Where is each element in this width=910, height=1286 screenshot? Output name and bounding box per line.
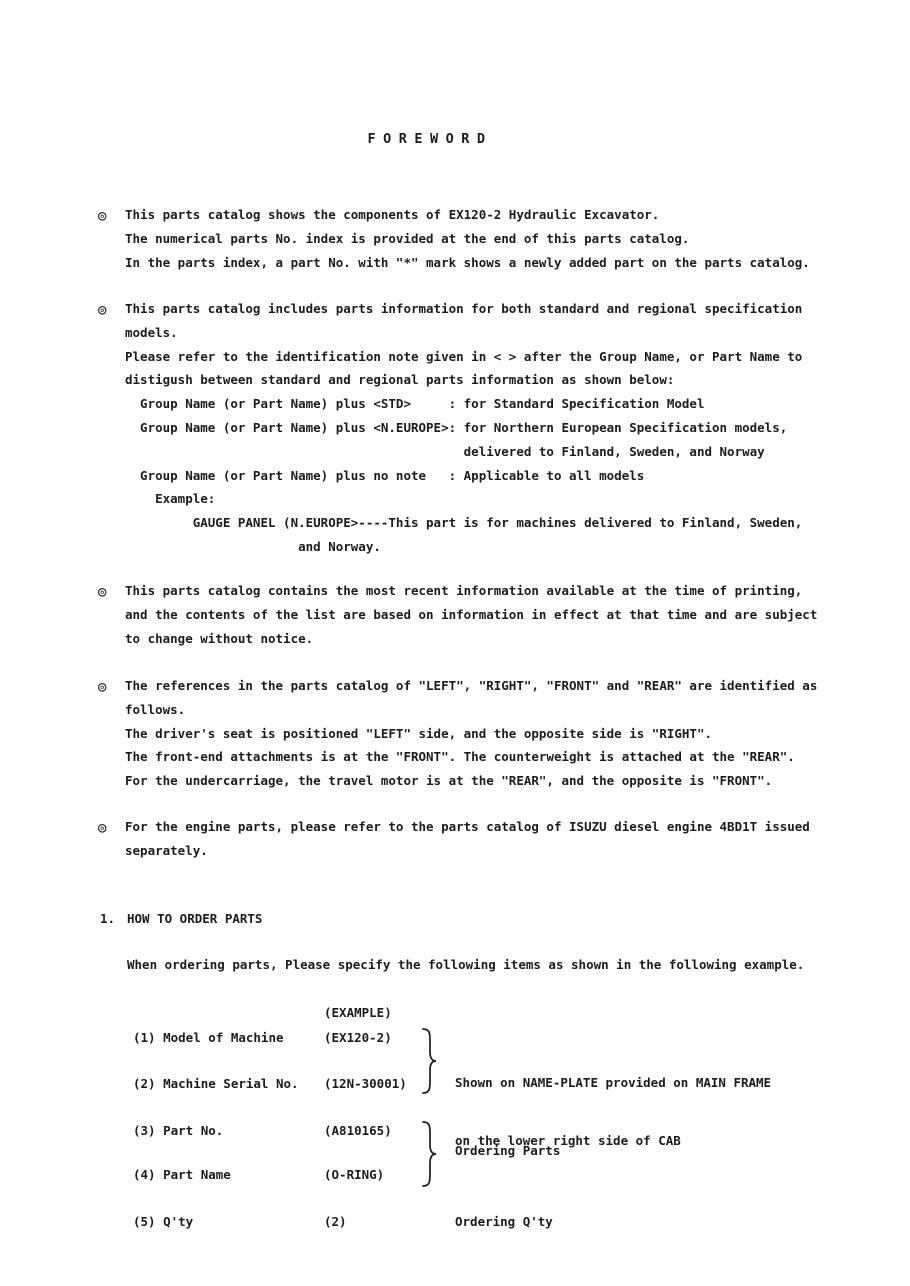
text-line: The driver's seat is positioned "LEFT" s… [125, 722, 817, 746]
example-row-label: (2) Machine Serial No. [133, 1076, 299, 1092]
example-row-value: (A810165) [324, 1123, 392, 1139]
text-line: to change without notice. [125, 627, 817, 651]
bullseye-bullet-icon: ◎ [98, 581, 106, 605]
bullet-text: This parts catalog contains the most rec… [125, 579, 817, 650]
example-row-label: (3) Part No. [133, 1123, 223, 1139]
bullseye-bullet-icon: ◎ [98, 817, 106, 841]
section-number: 1. [100, 911, 115, 927]
bullseye-bullet-icon: ◎ [98, 676, 106, 700]
bullet-text: The references in the parts catalog of "… [125, 674, 817, 793]
text-line: Please refer to the identification note … [125, 345, 802, 369]
section-intro-text: When ordering parts, Please specify the … [127, 957, 804, 973]
text-line: In the parts index, a part No. with "*" … [125, 251, 810, 275]
text-line: Example: [125, 487, 802, 511]
curly-brace-icon [420, 1027, 438, 1095]
text-line: and Norway. [125, 535, 802, 559]
example-annotation: Shown on NAME-PLATE provided on MAIN FRA… [455, 1038, 771, 1186]
example-row-label: (1) Model of Machine [133, 1030, 284, 1046]
example-header: (EXAMPLE) [324, 1005, 392, 1021]
document-page: FOREWORD ◎ This parts catalog shows the … [0, 0, 910, 1286]
example-annotation: Ordering Q'ty [455, 1214, 553, 1230]
annotation-line: Shown on NAME-PLATE provided on MAIN FRA… [455, 1070, 771, 1096]
bullseye-bullet-icon: ◎ [98, 205, 106, 229]
text-line: Group Name (or Part Name) plus no note :… [125, 464, 802, 488]
bullet-text: For the engine parts, please refer to th… [125, 815, 810, 863]
text-line: The references in the parts catalog of "… [125, 674, 817, 698]
example-row-value: (EX120-2) [324, 1030, 392, 1046]
section-title: HOW TO ORDER PARTS [127, 911, 262, 927]
text-line: delivered to Finland, Sweden, and Norway [125, 440, 802, 464]
example-row-value: (12N-30001) [324, 1076, 407, 1092]
text-line: The front-end attachments is at the "FRO… [125, 745, 817, 769]
example-row-value: (2) [324, 1214, 347, 1230]
text-line: models. [125, 321, 802, 345]
bullseye-bullet-icon: ◎ [98, 299, 106, 323]
example-annotation: Ordering Parts [455, 1143, 560, 1159]
text-line: For the undercarriage, the travel motor … [125, 769, 817, 793]
text-line: The numerical parts No. index is provide… [125, 227, 810, 251]
text-line: Group Name (or Part Name) plus <N.EUROPE… [125, 416, 802, 440]
bullet-text: This parts catalog includes parts inform… [125, 297, 802, 559]
text-line: This parts catalog shows the components … [125, 203, 810, 227]
example-row-value: (O-RING) [324, 1167, 384, 1183]
example-row-label: (4) Part Name [133, 1167, 231, 1183]
page-title: FOREWORD [0, 131, 860, 147]
text-line: separately. [125, 839, 810, 863]
text-line: and the contents of the list are based o… [125, 603, 817, 627]
text-line: For the engine parts, please refer to th… [125, 815, 810, 839]
text-line: follows. [125, 698, 817, 722]
text-line: Group Name (or Part Name) plus <STD> : f… [125, 392, 802, 416]
text-line: This parts catalog contains the most rec… [125, 579, 817, 603]
text-line: This parts catalog includes parts inform… [125, 297, 802, 321]
example-row-label: (5) Q'ty [133, 1214, 193, 1230]
bullet-text: This parts catalog shows the components … [125, 203, 810, 274]
curly-brace-icon [420, 1120, 438, 1188]
text-line: GAUGE PANEL (N.EUROPE>----This part is f… [125, 511, 802, 535]
text-line: distigush between standard and regional … [125, 368, 802, 392]
